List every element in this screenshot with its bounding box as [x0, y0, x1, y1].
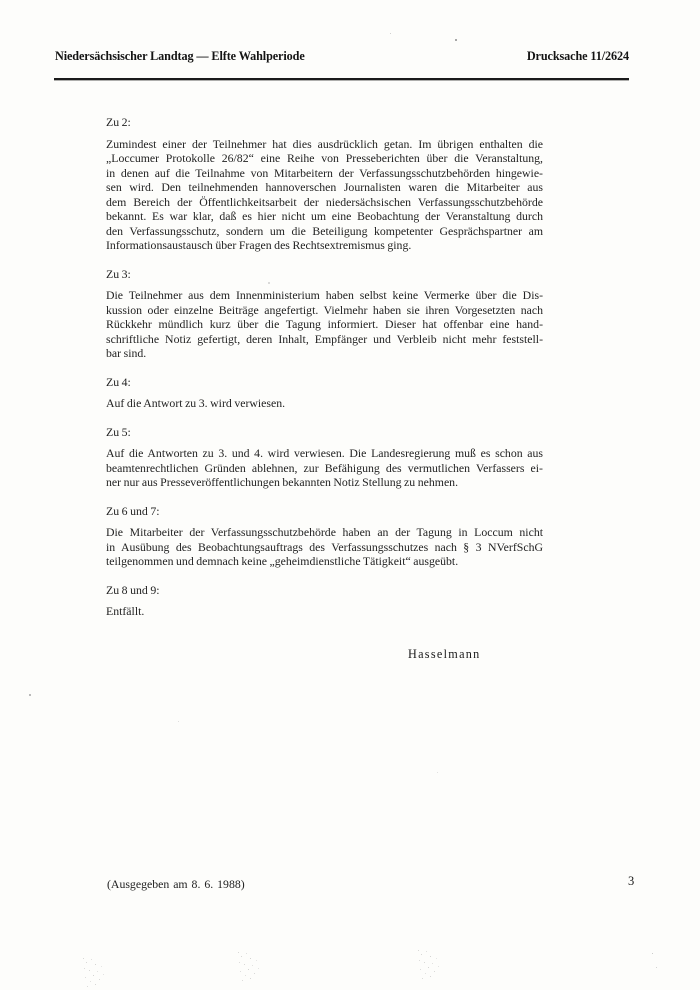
section-zu-2: Zu 2: Zumindest einer der Teilnehmer hat…	[106, 115, 543, 253]
header-rule	[54, 78, 629, 80]
text-line: dem Bereich der Öffentlichkeitsarbeit de…	[106, 195, 543, 210]
text-line: den Verfassungsschutz, sondern um die Be…	[106, 224, 543, 239]
text-line: kussion oder einzelne Beiträge angeferti…	[106, 303, 543, 318]
section-zu-8-9: Zu 8 und 9: Entfällt.	[106, 583, 543, 619]
page-number: 3	[628, 874, 634, 889]
paragraph: Die Teilnehmer aus dem Innenministerium …	[106, 288, 543, 361]
scan-speck	[656, 967, 657, 968]
section-zu-5: Zu 5: Auf die Antworten zu 3. und 4. wir…	[106, 425, 543, 490]
text-line: bekannt. Es war klar, daß es hier nicht …	[106, 209, 543, 224]
scan-speck	[652, 953, 653, 954]
text-line: Zumindest einer der Teilnehmer hat dies …	[106, 137, 543, 152]
scan-speck	[178, 721, 179, 722]
header-right-text: Drucksache 11/2624	[527, 49, 629, 64]
scan-noise-cluster	[418, 950, 419, 951]
scan-speck	[437, 772, 438, 773]
section-zu-4: Zu 4: Auf die Antwort zu 3. wird verwies…	[106, 375, 543, 411]
text-line: Entfällt.	[106, 604, 543, 619]
text-line: Die Mitarbeiter der Verfassungsschutzbeh…	[106, 525, 543, 540]
section-label: Zu 8 und 9:	[106, 583, 543, 598]
text-line: in denen auf die Teilnahme von Mitarbeit…	[106, 166, 543, 181]
paragraph: Zumindest einer der Teilnehmer hat dies …	[106, 137, 543, 253]
document-page: Niedersächsischer Landtag — Elfte Wahlpe…	[0, 0, 700, 990]
section-label: Zu 2:	[106, 115, 543, 130]
text-line: Auf die Antwort zu 3. wird verwiesen.	[106, 396, 543, 411]
text-line: ner nur aus Presseveröffentlichungen bek…	[106, 475, 543, 490]
scan-speck	[390, 33, 391, 34]
text-line: Informationsaustausch über Fragen des Re…	[106, 238, 543, 253]
text-line: „Loccumer Protokolle 26/82“ eine Reihe v…	[106, 151, 543, 166]
text-line: teilgenommen und demnach keine „geheimdi…	[106, 554, 543, 569]
section-label: Zu 4:	[106, 375, 543, 390]
paragraph: Die Mitarbeiter der Verfassungsschutzbeh…	[106, 525, 543, 569]
document-body: Zu 2: Zumindest einer der Teilnehmer hat…	[106, 115, 543, 661]
section-label: Zu 5:	[106, 425, 543, 440]
signature-name: Hasselmann	[408, 647, 543, 662]
scan-speck	[455, 39, 457, 41]
text-line: sen wird. Den teilnehmenden hannoversche…	[106, 180, 543, 195]
text-line: Die Teilnehmer aus dem Innenministerium …	[106, 288, 543, 303]
header-left-text: Niedersächsischer Landtag — Elfte Wahlpe…	[55, 49, 305, 64]
section-label: Zu 3:	[106, 267, 543, 282]
scan-noise-cluster	[83, 958, 84, 959]
text-line: Rückkehr mündlich kurz über die Tagung i…	[106, 317, 543, 332]
scan-speck	[29, 694, 31, 696]
text-line: bar sind.	[106, 346, 543, 361]
footer-issued-date: (Ausgegeben am 8. 6. 1988)	[107, 877, 245, 892]
text-line: Auf die Antworten zu 3. und 4. wird verw…	[106, 446, 543, 461]
section-zu-6-7: Zu 6 und 7: Die Mitarbeiter der Verfassu…	[106, 504, 543, 569]
section-zu-3: Zu 3: Die Teilnehmer aus dem Innenminist…	[106, 267, 543, 361]
text-line: beamtenrechtlichen Gründen ablehnen, zur…	[106, 461, 543, 476]
scan-noise-cluster	[238, 952, 239, 953]
text-line: schriftliche Notiz gefertigt, deren Inha…	[106, 332, 543, 347]
scan-speck	[268, 282, 270, 284]
paragraph: Auf die Antwort zu 3. wird verwiesen.	[106, 396, 543, 411]
paragraph: Auf die Antworten zu 3. und 4. wird verw…	[106, 446, 543, 490]
paragraph: Entfällt.	[106, 604, 543, 619]
section-label: Zu 6 und 7:	[106, 504, 543, 519]
text-line: in Ausübung des Beobachtungsauftrags des…	[106, 540, 543, 555]
